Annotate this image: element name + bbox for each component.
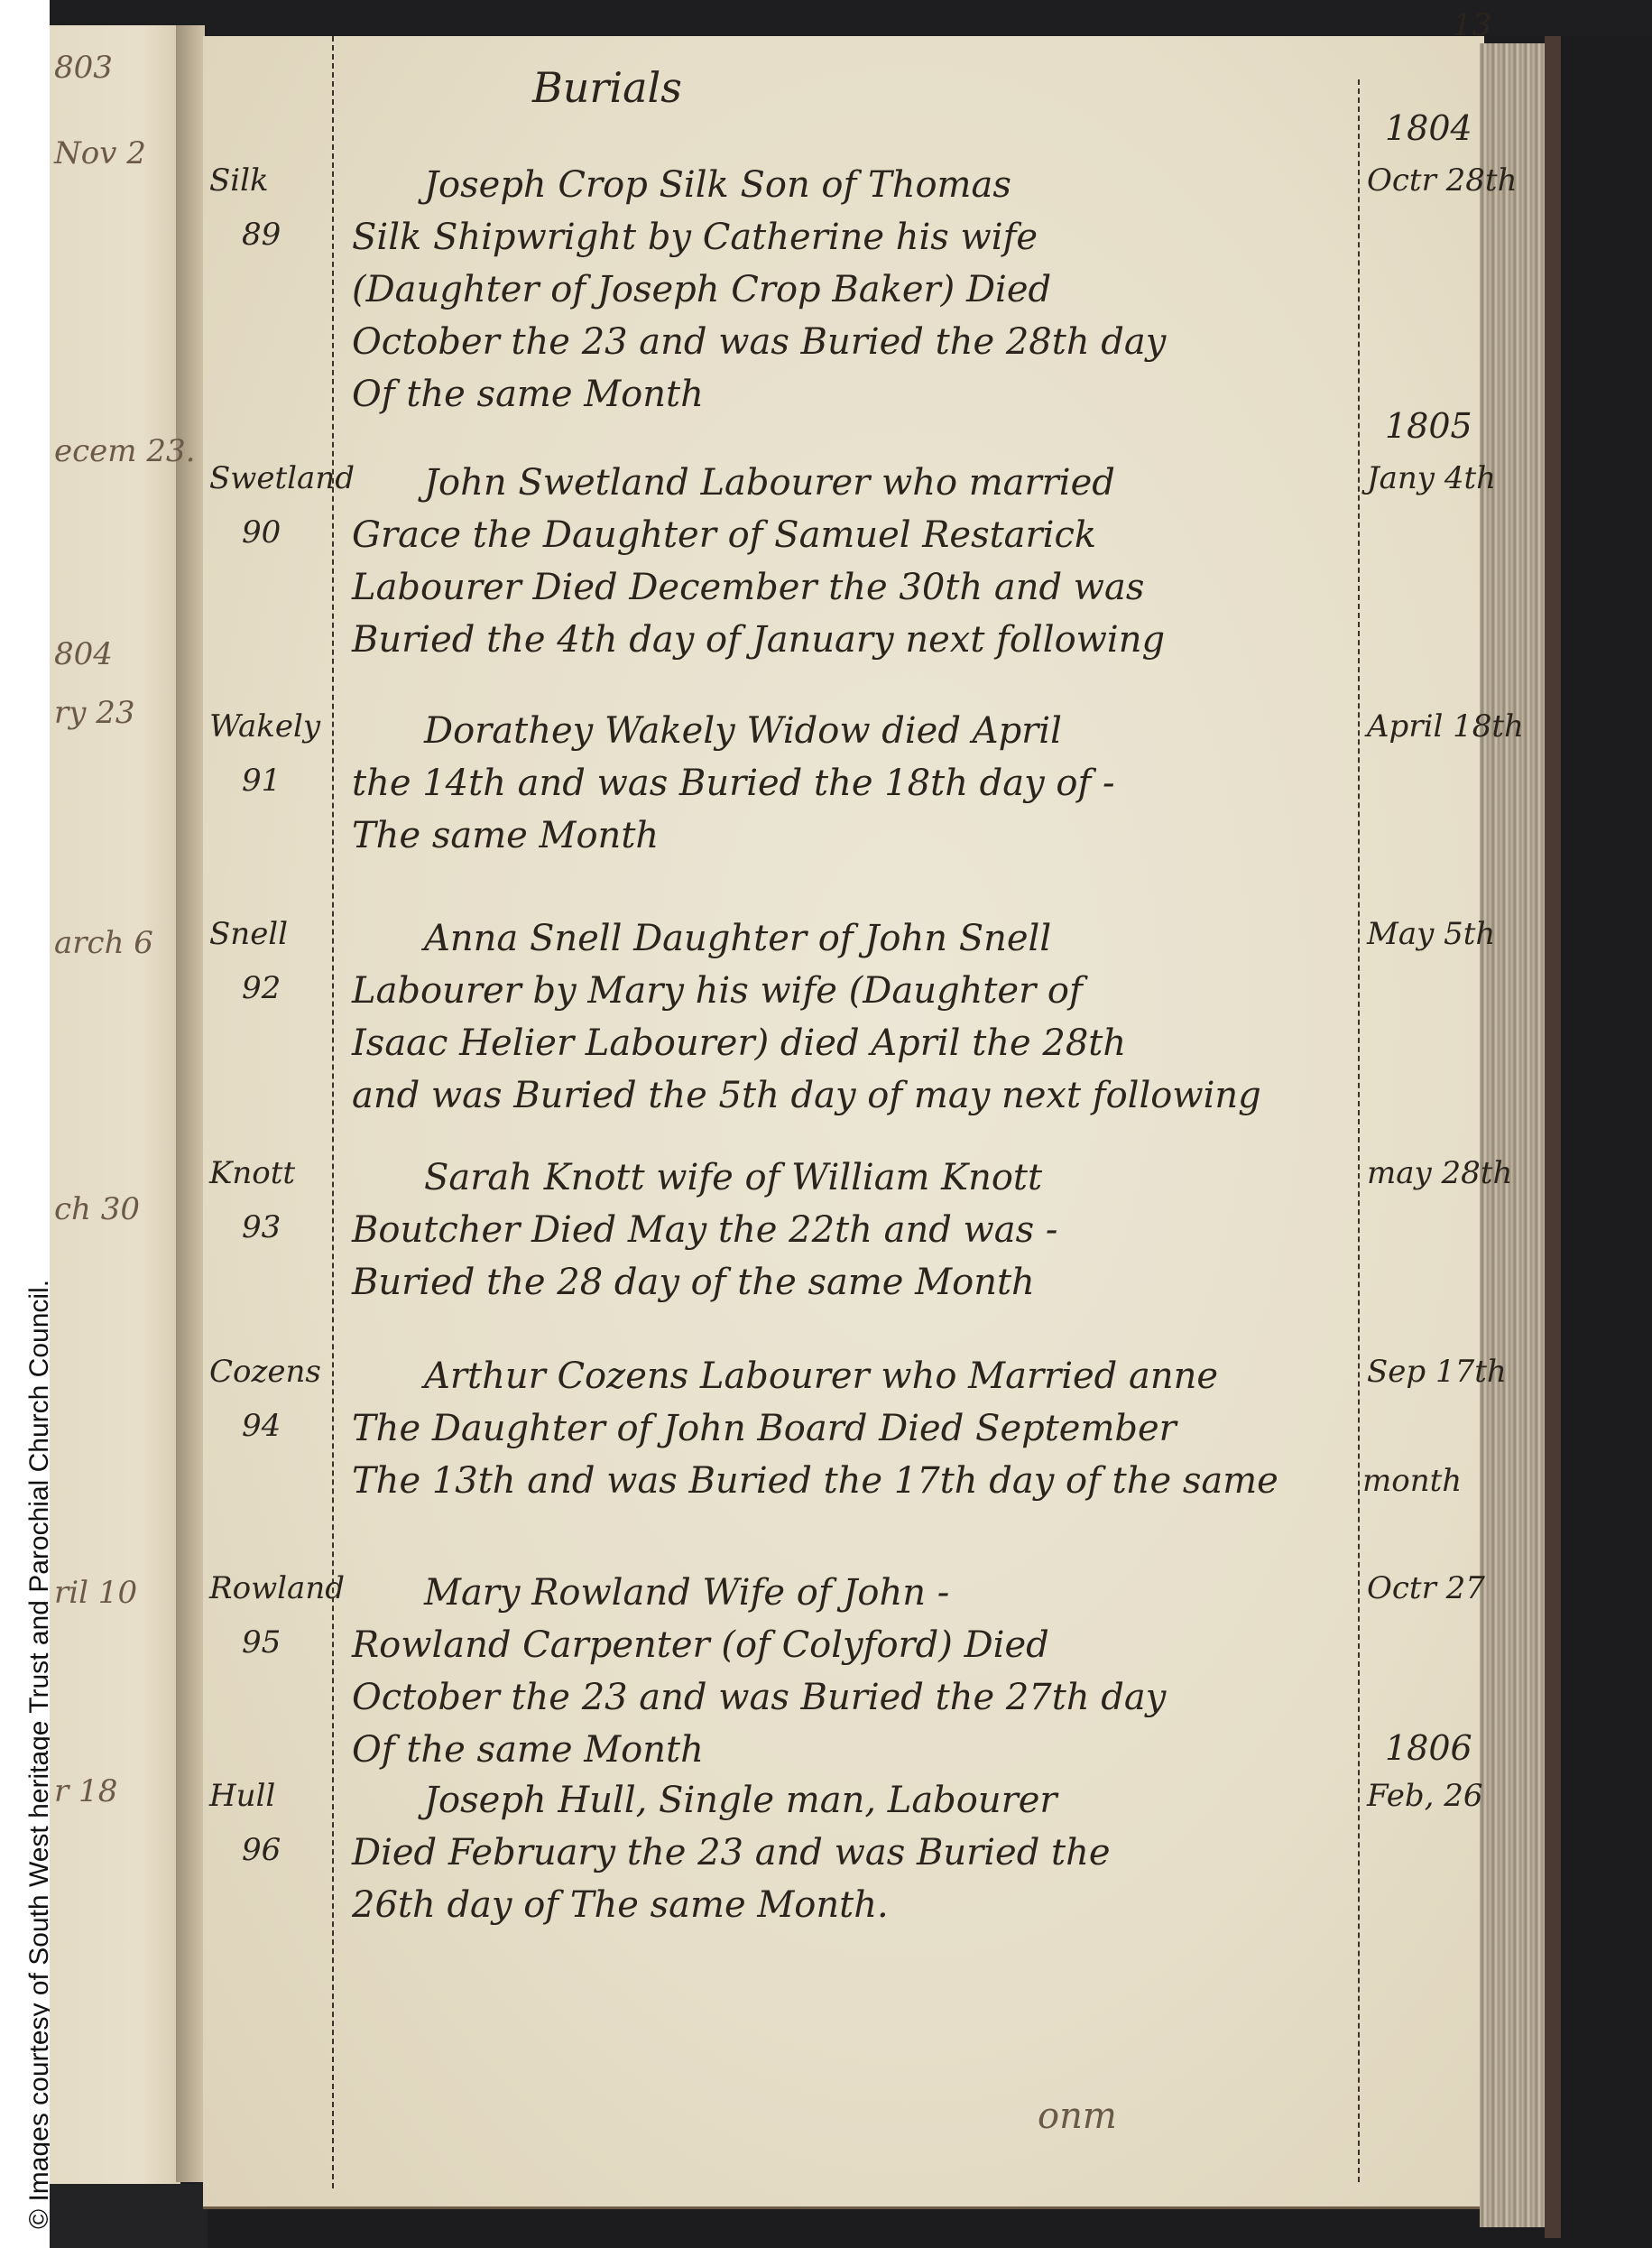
entry-text-line: Labourer by Mary his wife (Daughter of — [352, 973, 1083, 1009]
left-page-edge — [50, 25, 180, 2205]
book-gutter — [176, 25, 205, 2182]
book-cover-bottom-left — [50, 2184, 208, 2248]
burial-date: Octr 27 — [1367, 1570, 1485, 1606]
burial-date: April 18th — [1367, 708, 1524, 745]
entry-text-line: The Daughter of John Board Died Septembe… — [352, 1411, 1177, 1447]
entry-surname: Snell — [209, 916, 288, 952]
entry-text-line: (Daughter of Joseph Crop Baker) Died — [352, 272, 1051, 308]
left-margin-note: r 18 — [54, 1773, 117, 1809]
burial-date: May 5th — [1367, 916, 1495, 952]
entry-text-line: Sarah Knott wife of William Knott — [424, 1160, 1042, 1196]
date-continuation: month — [1362, 1463, 1462, 1499]
date-column-rule — [1358, 79, 1360, 2182]
entry-number: 91 — [242, 763, 281, 799]
burial-date: Jany 4th — [1367, 460, 1496, 496]
entry-text-line: Joseph Crop Silk Son of Thomas — [424, 167, 1011, 203]
name-column-rule — [332, 36, 334, 2188]
entry-surname: Swetland — [209, 460, 355, 496]
left-margin-note: 804 — [54, 636, 113, 672]
book-cover-top — [50, 0, 1652, 36]
entry-text-line: The same Month — [352, 818, 659, 854]
page-heading: Burials — [532, 63, 682, 112]
entry-text-line: Anna Snell Daughter of John Snell — [424, 920, 1051, 957]
entry-surname: Knott — [209, 1155, 295, 1191]
left-margin-note: arch 6 — [54, 925, 153, 961]
burial-date: Octr 28th — [1367, 162, 1517, 199]
entry-text-line: 26th day of The same Month. — [352, 1887, 889, 1923]
entry-number: 90 — [242, 514, 281, 550]
torn-fragment-text: onm — [1038, 2098, 1117, 2134]
left-margin-note: ecem 23. — [54, 433, 195, 469]
left-margin-note: 803 — [54, 50, 113, 86]
entry-surname: Rowland — [209, 1570, 345, 1606]
left-margin-note: ril 10 — [54, 1575, 137, 1611]
entry-text-line: Mary Rowland Wife of John - — [424, 1575, 949, 1611]
entry-text-line: Arthur Cozens Labourer who Married anne — [424, 1358, 1218, 1394]
entry-number: 96 — [242, 1832, 281, 1868]
entry-number: 89 — [242, 217, 281, 253]
entry-text-line: Boutcher Died May the 22th and was - — [352, 1212, 1057, 1248]
entry-text-line: Of the same Month — [352, 1732, 704, 1768]
entry-text-line: and was Buried the 5th day of may next f… — [352, 1078, 1261, 1114]
entry-text-line: Dorathey Wakely Widow died April — [424, 713, 1062, 749]
entry-surname: Wakely — [209, 708, 320, 745]
entry-text-line: Died February the 23 and was Buried the — [352, 1835, 1111, 1871]
entry-text-line: Rowland Carpenter (of Colyford) Died — [352, 1627, 1049, 1663]
left-margin-note: ry 23 — [54, 695, 135, 731]
left-margin-note: Nov 2 — [54, 135, 146, 171]
year-header: 1805 — [1385, 406, 1472, 446]
entry-text-line: October the 23 and was Buried the 28th d… — [352, 324, 1166, 360]
entry-number: 93 — [242, 1209, 281, 1245]
page-number: 13 — [1453, 7, 1491, 43]
entry-surname: Hull — [209, 1778, 275, 1814]
entry-text-line: October the 23 and was Buried the 27th d… — [352, 1679, 1166, 1716]
entry-text-line: Grace the Daughter of Samuel Restarick — [352, 517, 1096, 553]
entry-text-line: The 13th and was Buried the 17th day of … — [352, 1463, 1278, 1499]
entry-text-line: Buried the 28 day of the same Month — [352, 1264, 1035, 1300]
entry-text-line: Labourer Died December the 30th and was — [352, 569, 1144, 606]
entry-text-line: Isaac Helier Labourer) died April the 28… — [352, 1025, 1126, 1061]
entry-number: 92 — [242, 970, 281, 1006]
entry-text-line: Joseph Hull, Single man, Labourer — [424, 1782, 1057, 1818]
burial-date: may 28th — [1367, 1155, 1512, 1191]
entry-text-line: Buried the 4th day of January next follo… — [352, 622, 1165, 658]
book-cover-right — [1545, 36, 1561, 2238]
entry-surname: Cozens — [209, 1354, 321, 1390]
year-header: 1806 — [1385, 1728, 1472, 1768]
left-margin-note: ch 30 — [54, 1191, 140, 1227]
entry-text-line: the 14th and was Buried the 18th day of … — [352, 765, 1115, 801]
entry-text-line: Of the same Month — [352, 376, 704, 412]
burial-date: Feb, 26 — [1367, 1778, 1483, 1814]
burial-date: Sep 17th — [1367, 1354, 1507, 1390]
watermark-strip: © Images courtesy of South West heritage… — [0, 0, 50, 2248]
entry-number: 94 — [242, 1408, 281, 1444]
entry-text-line: Silk Shipwright by Catherine his wife — [352, 219, 1038, 255]
page-stack-edge — [1480, 43, 1547, 2227]
entry-surname: Silk — [209, 162, 269, 199]
entry-text-line: John Swetland Labourer who married — [424, 465, 1115, 501]
entry-number: 95 — [242, 1624, 281, 1661]
year-header: 1804 — [1385, 108, 1472, 148]
